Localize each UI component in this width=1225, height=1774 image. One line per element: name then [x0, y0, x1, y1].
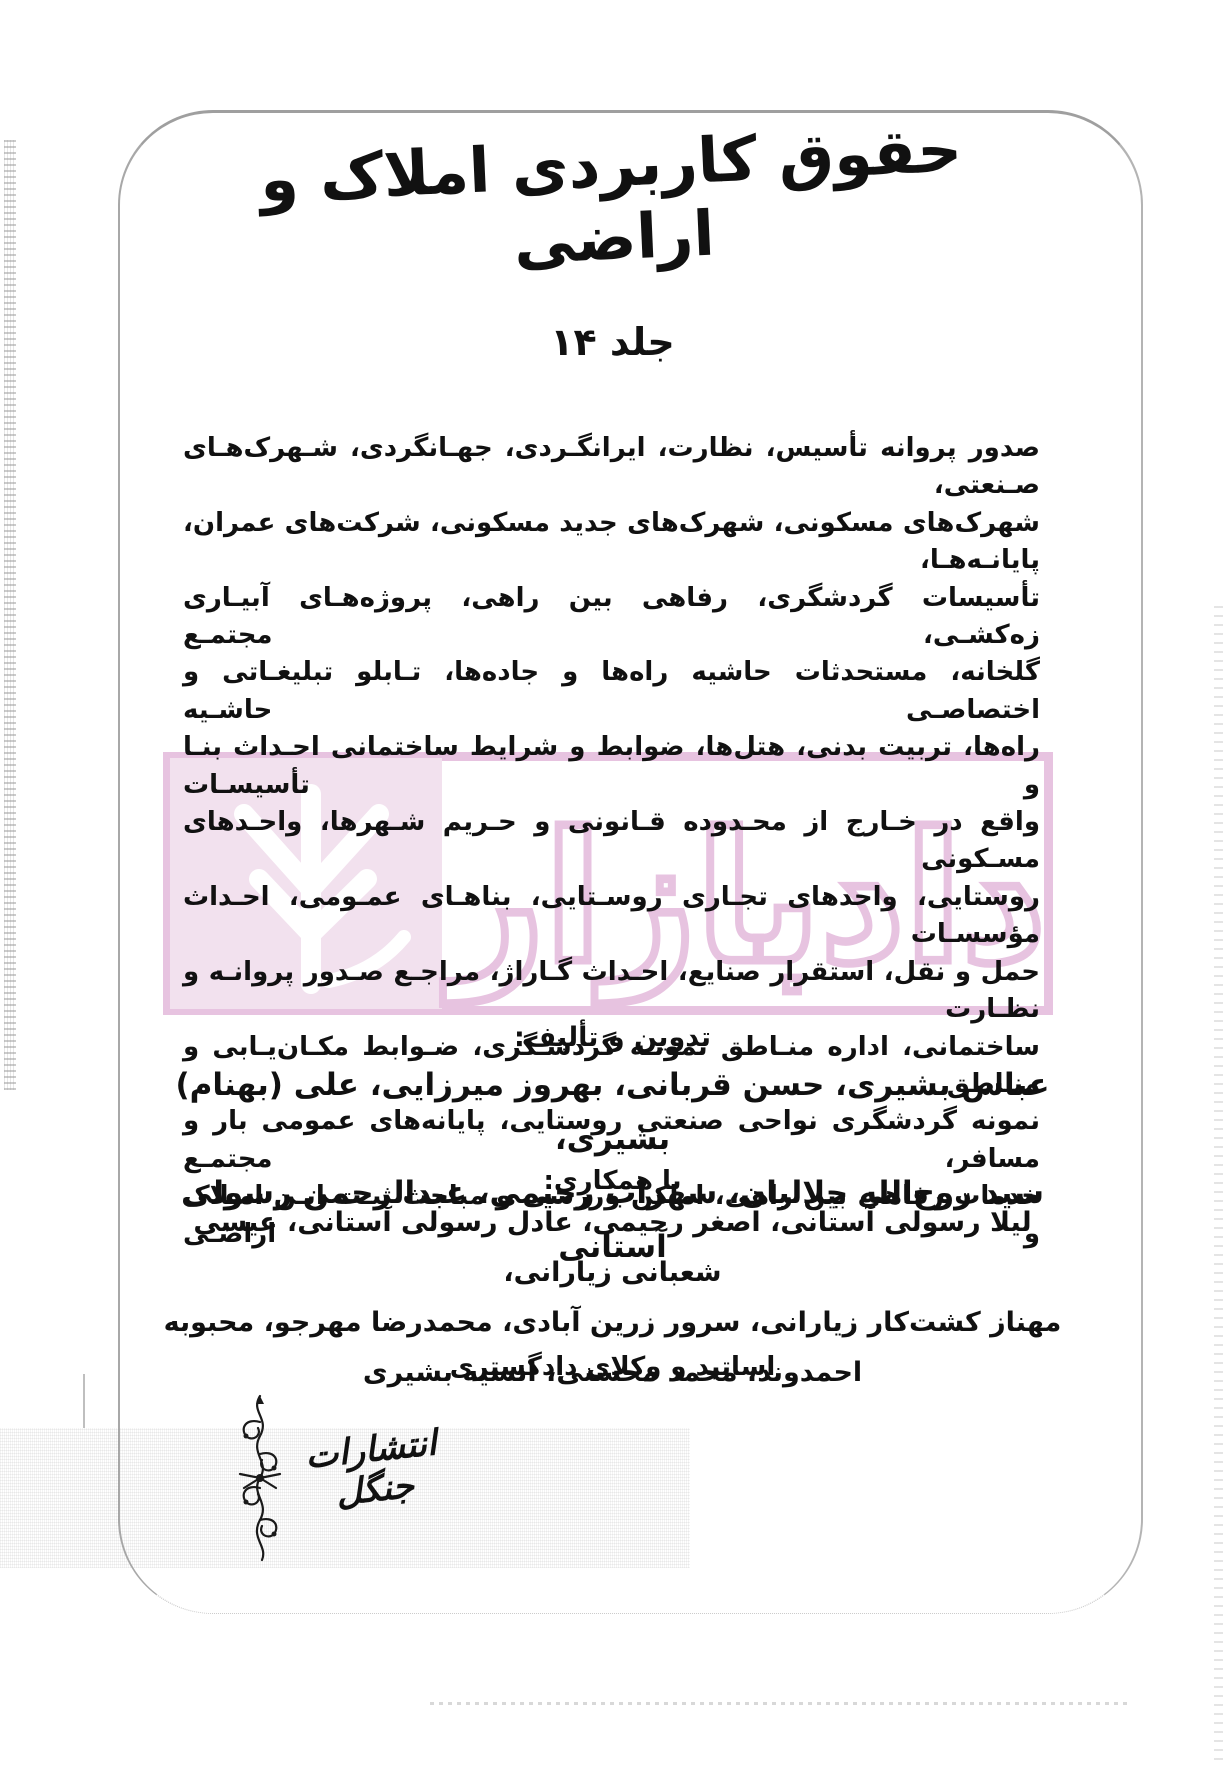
collaborators-line: لیلا رسولی آستانی، اصغر رحیمی، عادل رسول…: [150, 1198, 1075, 1298]
scan-noise-left-strip: [4, 140, 16, 1090]
authors-line: عباس بشیری، حسن قربانی، بهروز میرزایی، ع…: [150, 1058, 1075, 1166]
description-line: حمل و نقل، استقرار صنایع، احـداث گـاراژ،…: [183, 954, 1040, 1029]
volume-label: جلد ۱۴: [150, 320, 1075, 364]
description-line: راه‌ها، تربیت بدنی، هتل‌ها، ضوابط و شرای…: [183, 729, 1040, 804]
collaboration-heading: با همکاری:: [150, 1166, 1075, 1196]
scan-noise-bottom-line: [430, 1702, 1130, 1705]
description-line: تأسیسات گردشگری، رفاهی بین راهی، پروژه‌ه…: [183, 580, 1040, 655]
description-line: گلخانه، مستحدثات حاشیه راه‌ها و جاده‌ها،…: [183, 654, 1040, 729]
description-line: شهرک‌های مسکونی، شهرک‌های جدید مسکونی، ش…: [183, 505, 1040, 580]
book-title-page: { "cover": { "title": "حقوق کاربردی املا…: [0, 0, 1225, 1774]
credentials-line: اساتید و وکلای دادگستری: [150, 1352, 1075, 1382]
compiled-by-heading: تدوین و تألیف:: [150, 1022, 1075, 1053]
description-line: واقع در خـارج از محـدوده قـانونی و حـریم…: [183, 804, 1040, 879]
scan-noise-vertical-line: [83, 1374, 85, 1428]
scan-noise-right-strip: [1214, 600, 1223, 1760]
description-line: صدور پروانه تأسیس، نظارت، ایرانگـردی، جه…: [183, 430, 1040, 505]
description-line: روستایی، واحدهای تجـاری روسـتایی، بناهـا…: [183, 879, 1040, 954]
collaborators-line: مهناز کشت‌کار زیارانی، سرور زرین آبادی، …: [150, 1298, 1075, 1348]
